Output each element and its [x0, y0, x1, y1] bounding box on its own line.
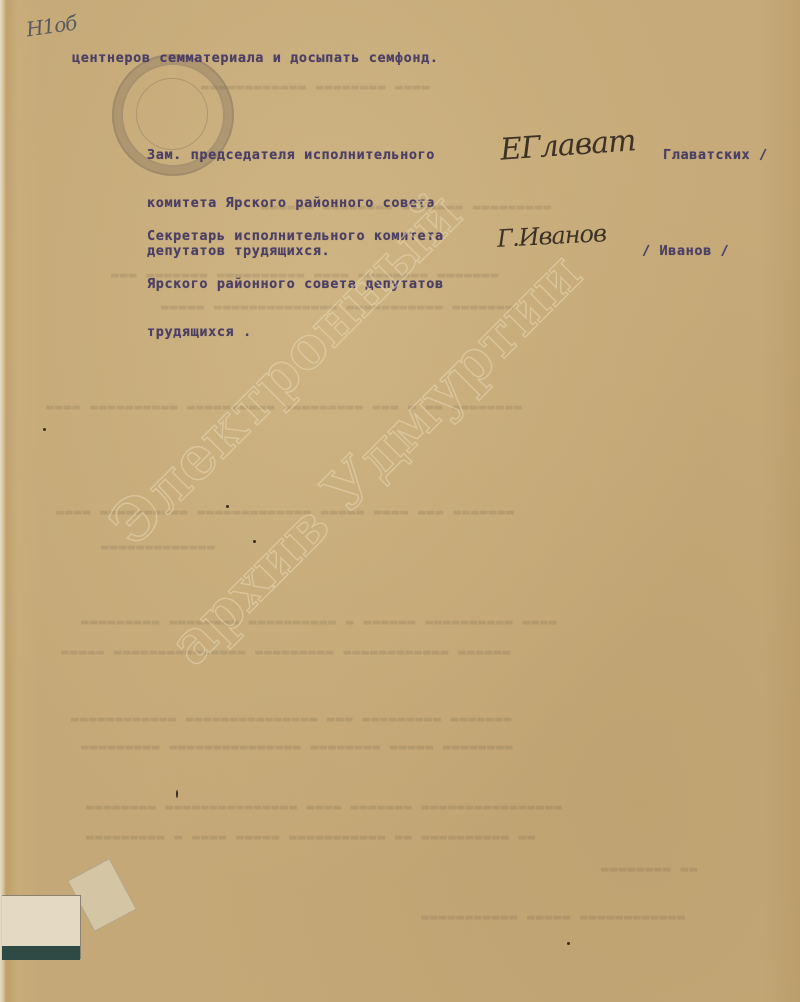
document-page: Н1об центнеров семматериала и досыпать с…: [0, 0, 800, 1002]
signatory-2-printed-name: / Иванов /: [642, 243, 729, 259]
paper-speck: [253, 540, 256, 543]
page-edge: [0, 0, 6, 1002]
bleed-through-text: ▬▬▬▬▬▬▬▬▬▬▬▬▬▬▬▬ ▬▬▬▬▬▬▬ ▬▬▬▬ ▬▬▬▬▬▬▬▬▬▬…: [85, 800, 562, 815]
bleed-through-text: ▬▬ ▬▬▬▬▬▬▬▬: [600, 862, 697, 877]
archive-page-number: Н1об: [25, 11, 78, 42]
bleed-through-text: ▬▬▬▬ ▬▬▬▬▬▬▬▬▬▬ ▬▬▬▬▬▬ ▬ ▬▬▬▬▬▬▬▬▬▬ ▬▬▬▬…: [80, 615, 557, 630]
paper-speck: [43, 428, 46, 431]
paper-speck: [176, 790, 178, 798]
bleed-through-text: ▬▬▬▬ ▬▬▬▬▬▬▬▬ ▬▬▬▬▬▬▬▬▬▬▬▬: [200, 80, 430, 95]
bleed-through-text: ▬▬▬▬▬▬▬ ▬▬▬▬▬▬▬▬ ▬▬▬▬ ▬▬▬▬▬▬▬▬▬▬ ▬▬▬▬▬▬▬…: [110, 268, 498, 283]
signatory-1-title-line: Зам. председателя исполнительного: [147, 147, 435, 163]
paper-tab-stripe: [2, 946, 80, 960]
paper-speck: [567, 942, 570, 945]
binding-paper-tab: [2, 895, 81, 959]
bleed-through-text: ▬▬▬▬▬▬▬▬ ▬▬▬▬▬ ▬▬▬▬▬▬▬▬ ▬▬▬▬▬▬▬▬▬▬▬▬▬▬▬ …: [80, 740, 513, 755]
bleed-through-text: ▬▬▬▬▬▬ ▬▬▬▬▬▬▬▬▬▬▬▬ ▬▬▬▬▬▬▬▬▬ ▬▬▬▬▬▬▬▬▬▬…: [60, 645, 510, 660]
opening-line: центнеров семматериала и досыпать семфон…: [72, 50, 439, 66]
bleed-through-text: ▬▬▬▬▬▬▬ ▬▬▬▬▬▬▬▬▬ ▬▬▬ ▬▬▬▬▬▬▬▬▬▬▬▬▬▬▬ ▬▬…: [70, 712, 511, 727]
bleed-through-text: ▬▬▬▬▬▬▬▬▬▬▬▬ ▬▬▬▬▬ ▬▬▬▬▬▬▬▬▬▬▬: [420, 910, 685, 925]
paper-speck: [226, 505, 229, 508]
bleed-through-text: ▬▬ ▬▬▬▬▬▬▬▬▬▬ ▬▬ ▬▬▬▬▬▬▬▬▬▬▬ ▬▬▬▬▬ ▬▬▬▬ …: [85, 830, 535, 845]
